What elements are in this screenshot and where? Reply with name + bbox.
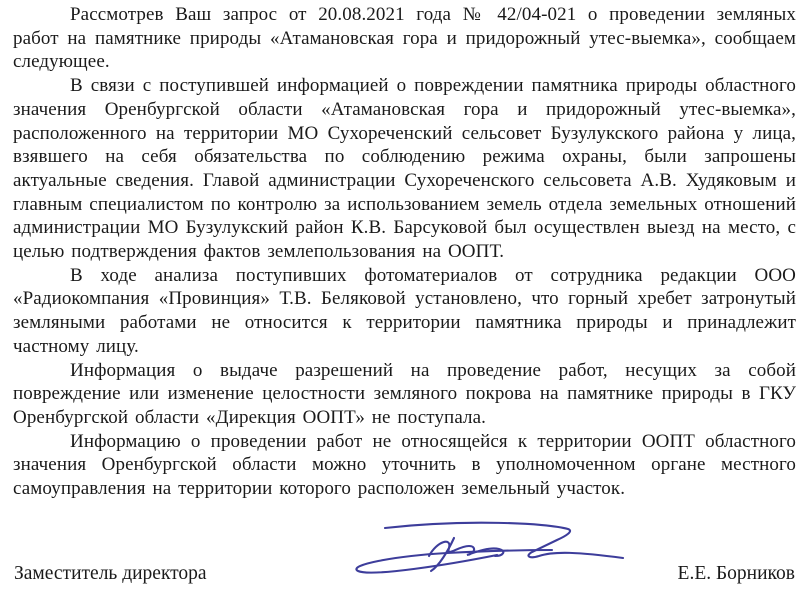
paragraph-photo-analysis: В ходе анализа поступивших фотоматериало… — [13, 264, 796, 359]
letter-body: Рассмотрев Ваш запрос от 20.08.2021 года… — [13, 3, 796, 501]
position-title: Заместитель директора — [14, 563, 207, 585]
signer-name: Е.Е. Борников — [678, 563, 795, 585]
signature-block: Заместитель директора Е.Е. Борников — [13, 497, 795, 587]
paragraph-inspection: В связи с поступившей информацией о повр… — [13, 74, 796, 264]
paragraph-permits: Информация о выдаче разрешений на провед… — [13, 359, 796, 430]
paragraph-intro: Рассмотрев Ваш запрос от 20.08.2021 года… — [13, 3, 796, 74]
handwritten-signature-icon — [335, 492, 625, 582]
paragraph-recommendation: Информацию о проведении работ не относящ… — [13, 430, 796, 501]
letter-page: Рассмотрев Ваш запрос от 20.08.2021 года… — [0, 0, 809, 593]
